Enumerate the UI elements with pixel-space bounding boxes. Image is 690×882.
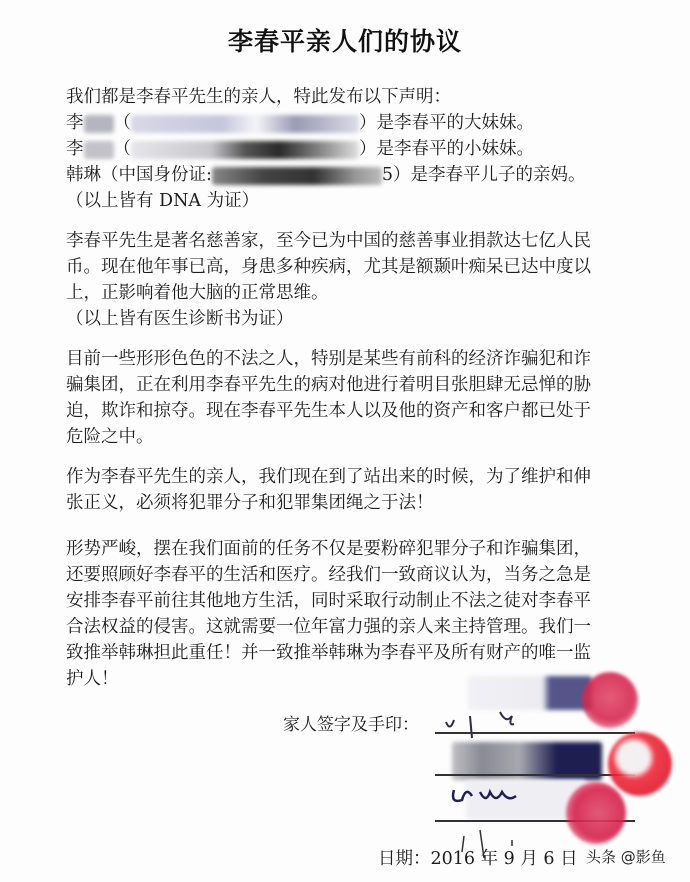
paragraph-line: 还要照顾好李春平的生活和医疗。经我们一致商议认为，当务之急是 <box>66 562 646 588</box>
document-page: 李春平亲人们的协议 我们都是李春平先生的亲人，特此发布以下声明： 李（）是李春平… <box>0 0 690 882</box>
person-line-elder-sister: 李（）是李春平的大妹妹。 <box>66 110 646 136</box>
document-title: 李春平亲人们的协议 <box>0 22 690 58</box>
redacted-name <box>84 141 114 159</box>
dna-evidence-note: （以上皆有 DNA 为证） <box>66 188 646 214</box>
intro-line: 我们都是李春平先生的亲人，特此发布以下声明： <box>66 84 646 110</box>
paragraph-line: 目前一些形形色色的不法之人，特别是某些有前科的经济诈骗犯和诈 <box>66 346 646 372</box>
person2-prefix: 李 <box>66 139 84 159</box>
signature-label: 家人签字及手印： <box>283 710 419 735</box>
person3-prefix: 韩琳（中国身份证: <box>66 165 212 185</box>
person1-prefix: 李 <box>66 113 84 133</box>
paragraph-line: 致推举韩琳担此重任！并一致推举韩琳为李春平及所有财产的唯一监 <box>66 640 646 666</box>
person-line-younger-sister: 李（）是李春平的小妹妹。 <box>66 136 646 162</box>
redacted-id <box>131 141 359 159</box>
paragraph-philanthropist: 李春平先生是著名慈善家，至今已为中国的慈善事业捐款达七亿人民 币。现在他年事已高… <box>66 228 646 332</box>
paragraph-threat: 目前一些形形色色的不法之人，特别是某些有前科的经济诈骗犯和诈 骗集团，正在利用李… <box>66 346 646 450</box>
paragraph-line: 张正义，必须将犯罪分子和犯罪集团绳之于法！ <box>66 490 646 516</box>
paragraph-line: 作为李春平先生的亲人，我们现在到了站出来的时候，为了维护和伸 <box>66 464 646 490</box>
paragraph-justice: 作为李春平先生的亲人，我们现在到了站出来的时候，为了维护和伸 张正义，必须将犯罪… <box>66 464 646 516</box>
redacted-name <box>84 115 114 133</box>
paragraph-line: （以上皆有医生诊断书为证） <box>66 306 646 332</box>
paragraph-line: 币。现在他年事已高，身患多种疾病，尤其是额颞叶痴呆已达中度以 <box>66 254 646 280</box>
intro-block: 我们都是李春平先生的亲人，特此发布以下声明： 李（）是李春平的大妹妹。 李（）是… <box>66 84 646 214</box>
fingerprint-stamp-1 <box>582 672 638 728</box>
person1-suffix: ）是李春平的大妹妹。 <box>359 113 534 133</box>
paragraph-line: 迫，欺诈和掠夺。现在李春平先生本人以及他的资产和客户都已处于 <box>66 398 646 424</box>
person1-open: （ <box>114 113 132 133</box>
signature-line-2 <box>435 774 635 776</box>
person-line-mother: 韩琳（中国身份证:5）是李春平儿子的亲妈。 <box>66 162 646 188</box>
signature-line-1 <box>435 732 635 734</box>
redacted-id <box>212 167 382 185</box>
redacted-id <box>131 115 359 133</box>
paragraph-line: 李春平先生是著名慈善家，至今已为中国的慈善事业捐款达七亿人民 <box>66 228 646 254</box>
paragraph-line: 骗集团，正在利用李春平先生的病对他进行着明目张胆肆无忌惮的胁 <box>66 372 646 398</box>
paragraph-guardian: 形势严峻，摆在我们面前的任务不仅是要粉碎犯罪分子和诈骗集团， 还要照顾好李春平的… <box>66 536 646 692</box>
fingerprint-stamp-2 <box>608 732 672 796</box>
paragraph-line: 安排李春平前往其他地方生活，同时采取行动制止不法之徒对李春平 <box>66 588 646 614</box>
paragraph-line: 危险之中。 <box>66 424 646 450</box>
person3-suffix: 5）是李春平儿子的亲妈。 <box>382 165 586 185</box>
watermark: 头条 @影鱼 <box>586 846 666 867</box>
fingerprint-stamp-3 <box>566 782 626 844</box>
paragraph-line: 形势严峻，摆在我们面前的任务不仅是要粉碎犯罪分子和诈骗集团， <box>66 536 646 562</box>
paragraph-line: 上，正影响着他大脑的正常思维。 <box>66 280 646 306</box>
person2-open: （ <box>114 139 132 159</box>
date-line: 日期：2016 年 9 月 6 日 <box>378 845 578 870</box>
person2-suffix: ）是李春平的小妹妹。 <box>359 139 534 159</box>
paragraph-line: 合法权益的侵害。这就需要一位年富力强的亲人来主持管理。我们一 <box>66 614 646 640</box>
